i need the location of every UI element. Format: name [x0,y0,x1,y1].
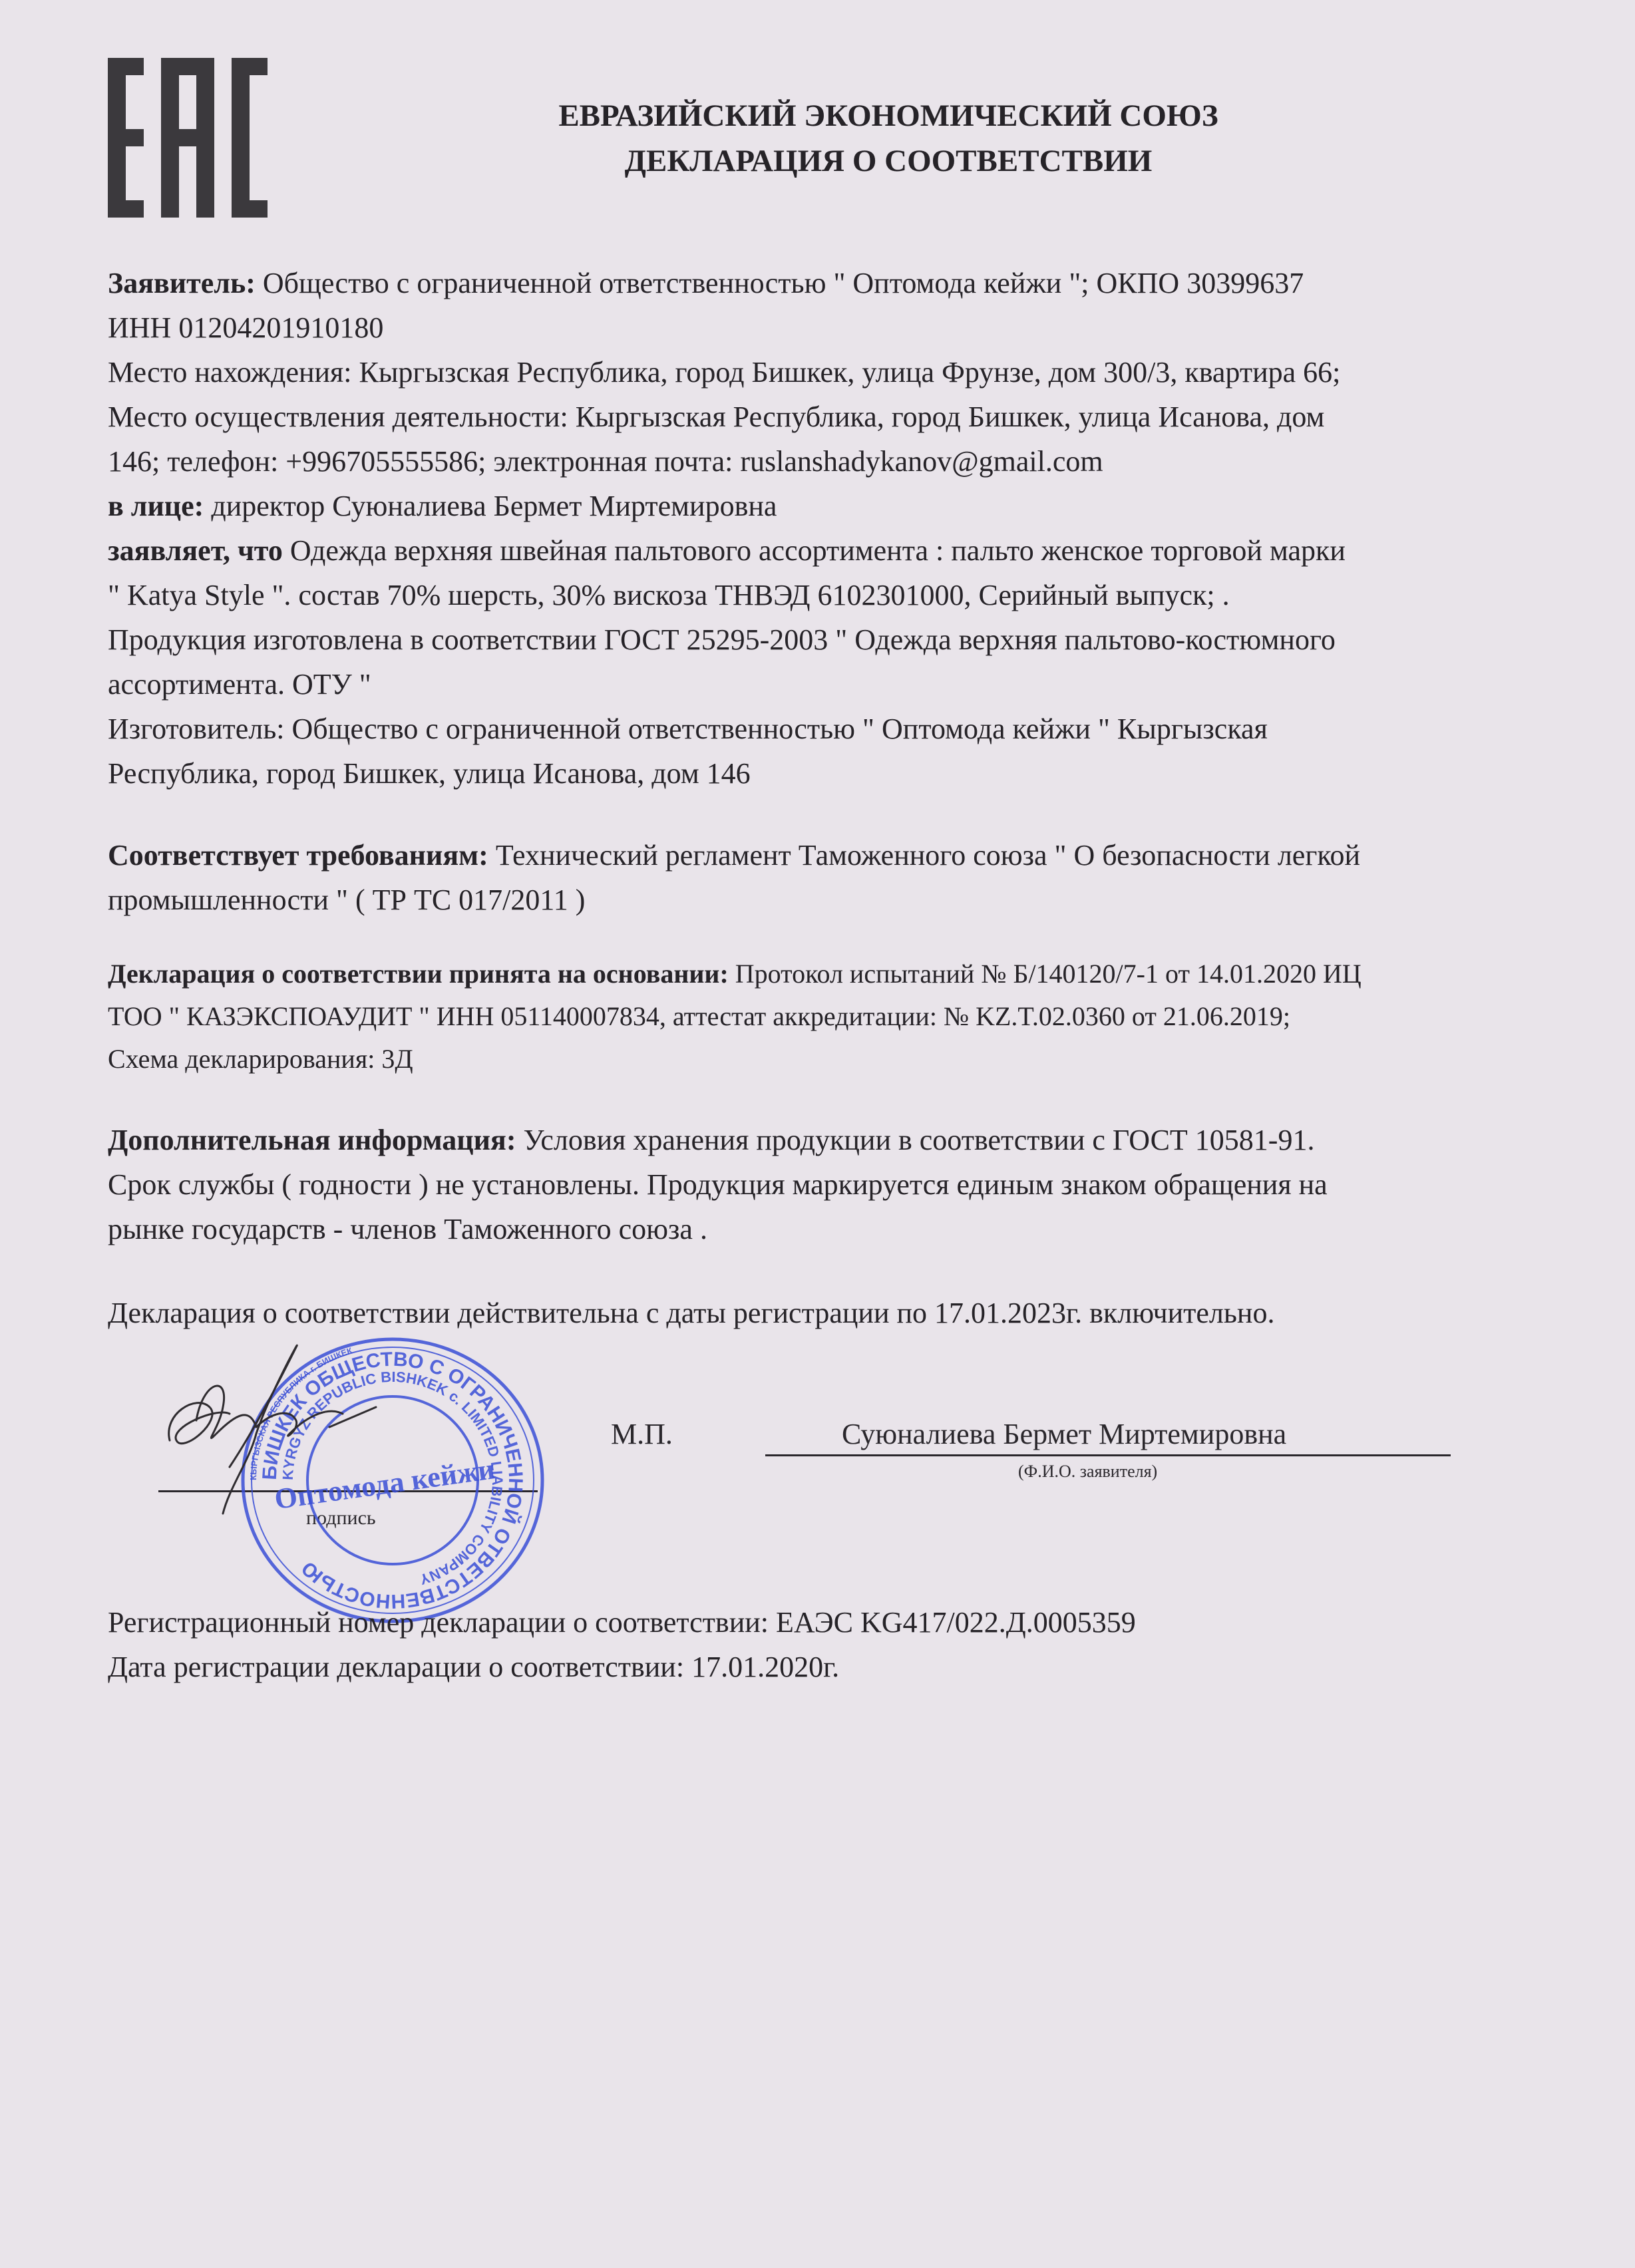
basis-label: Декларация о соответствии принята на осн… [108,959,729,989]
handwritten-signature-icon [156,1334,396,1534]
document-title: ЕВРАЗИЙСКИЙ ЭКОНОМИЧЕСКИЙ СОЮЗ ДЕКЛАРАЦИ… [466,93,1311,184]
declares-line-3: Продукция изготовлена в соответствии ГОС… [108,617,1532,662]
declares-value-1: Одежда верхняя швейная пальтового ассорт… [283,534,1346,567]
conformity-section: Соответствует требованиям: Технический р… [108,833,1532,922]
basis-line-1: Декларация о соответствии принята на осн… [108,953,1532,995]
additional-label: Дополнительная информация: [108,1124,516,1156]
basis-value: Протокол испытаний № Б/140120/7-1 от 14.… [729,959,1362,989]
declares-line-1: заявляет, что Одежда верхняя швейная пал… [108,528,1532,573]
conformity-line-1: Соответствует требованиям: Технический р… [108,833,1532,878]
applicant-label: Заявитель: [108,267,256,299]
conformity-value: Технический регламент Таможенного союза … [488,839,1360,872]
declares-line-4: ассортимента. ОТУ " [108,662,1532,707]
applicant-activity-2: 146; телефон: +996705555586; электронная… [108,439,1532,484]
additional-line-1: Дополнительная информация: Условия хране… [108,1118,1532,1162]
applicant-inn: ИНН 01204201910180 [108,305,1532,350]
declares-label: заявляет, что [108,534,283,567]
title-declaration: ДЕКЛАРАЦИЯ О СООТВЕТСТВИИ [466,138,1311,184]
basis-line-2: ТОО " КАЗЭКСПОАУДИТ " ИНН 051140007834, … [108,995,1532,1038]
declares-line-2: " Katya Style ". состав 70% шерсть, 30% … [108,573,1532,617]
additional-value: Условия хранения продукции в соответстви… [516,1124,1314,1156]
conformity-line-2: промышленности " ( ТР ТС 017/2011 ) [108,878,1532,922]
conformity-label: Соответствует требованиям: [108,839,488,872]
registration-date: Дата регистрации декларации о соответств… [108,1645,1532,1689]
applicant-section: Заявитель: Общество с ограниченной ответ… [108,261,1532,796]
manufacturer-line-1: Изготовитель: Общество с ограниченной от… [108,707,1532,751]
applicant-activity-1: Место осуществления деятельности: Кыргыз… [108,395,1532,439]
applicant-full-name: Суюналиева Бермет Миртемировна [842,1417,1286,1451]
registration-number: Регистрационный номер декларации о соотв… [108,1600,1532,1645]
eac-mark-icon [108,58,268,218]
manufacturer-line-2: Республика, город Бишкек, улица Исанова,… [108,751,1532,796]
represented-line: в лице: директор Суюналиева Бермет Мирте… [108,484,1532,528]
basis-line-3: Схема декларирования: 3Д [108,1038,1532,1080]
additional-line-3: рынке государств - членов Таможенного со… [108,1207,1532,1251]
represented-value: директор Суюналиева Бермет Миртемировна [204,490,777,522]
registration-section: Регистрационный номер декларации о соотв… [108,1600,1532,1689]
additional-info-section: Дополнительная информация: Условия хране… [108,1118,1532,1251]
applicant-name-caption: (Ф.И.О. заявителя) [1018,1462,1157,1482]
validity-section: Декларация о соответствии действительна … [108,1291,1532,1335]
validity-text: Декларация о соответствии действительна … [108,1291,1532,1335]
applicant-location: Место нахождения: Кыргызская Республика,… [108,350,1532,395]
basis-section: Декларация о соответствии принята на осн… [108,953,1532,1080]
additional-line-2: Срок службы ( годности ) не установлены.… [108,1162,1532,1207]
declaration-page: ЕВРАЗИЙСКИЙ ЭКОНОМИЧЕСКИЙ СОЮЗ ДЕКЛАРАЦИ… [0,0,1635,2268]
applicant-name-line [765,1454,1451,1456]
title-union: ЕВРАЗИЙСКИЙ ЭКОНОМИЧЕСКИЙ СОЮЗ [466,93,1311,138]
stamp-place-label: М.П. [611,1417,673,1451]
applicant-value: Общество с ограниченной ответственностью… [256,267,1304,299]
represented-label: в лице: [108,490,204,522]
applicant-line: Заявитель: Общество с ограниченной ответ… [108,261,1532,305]
